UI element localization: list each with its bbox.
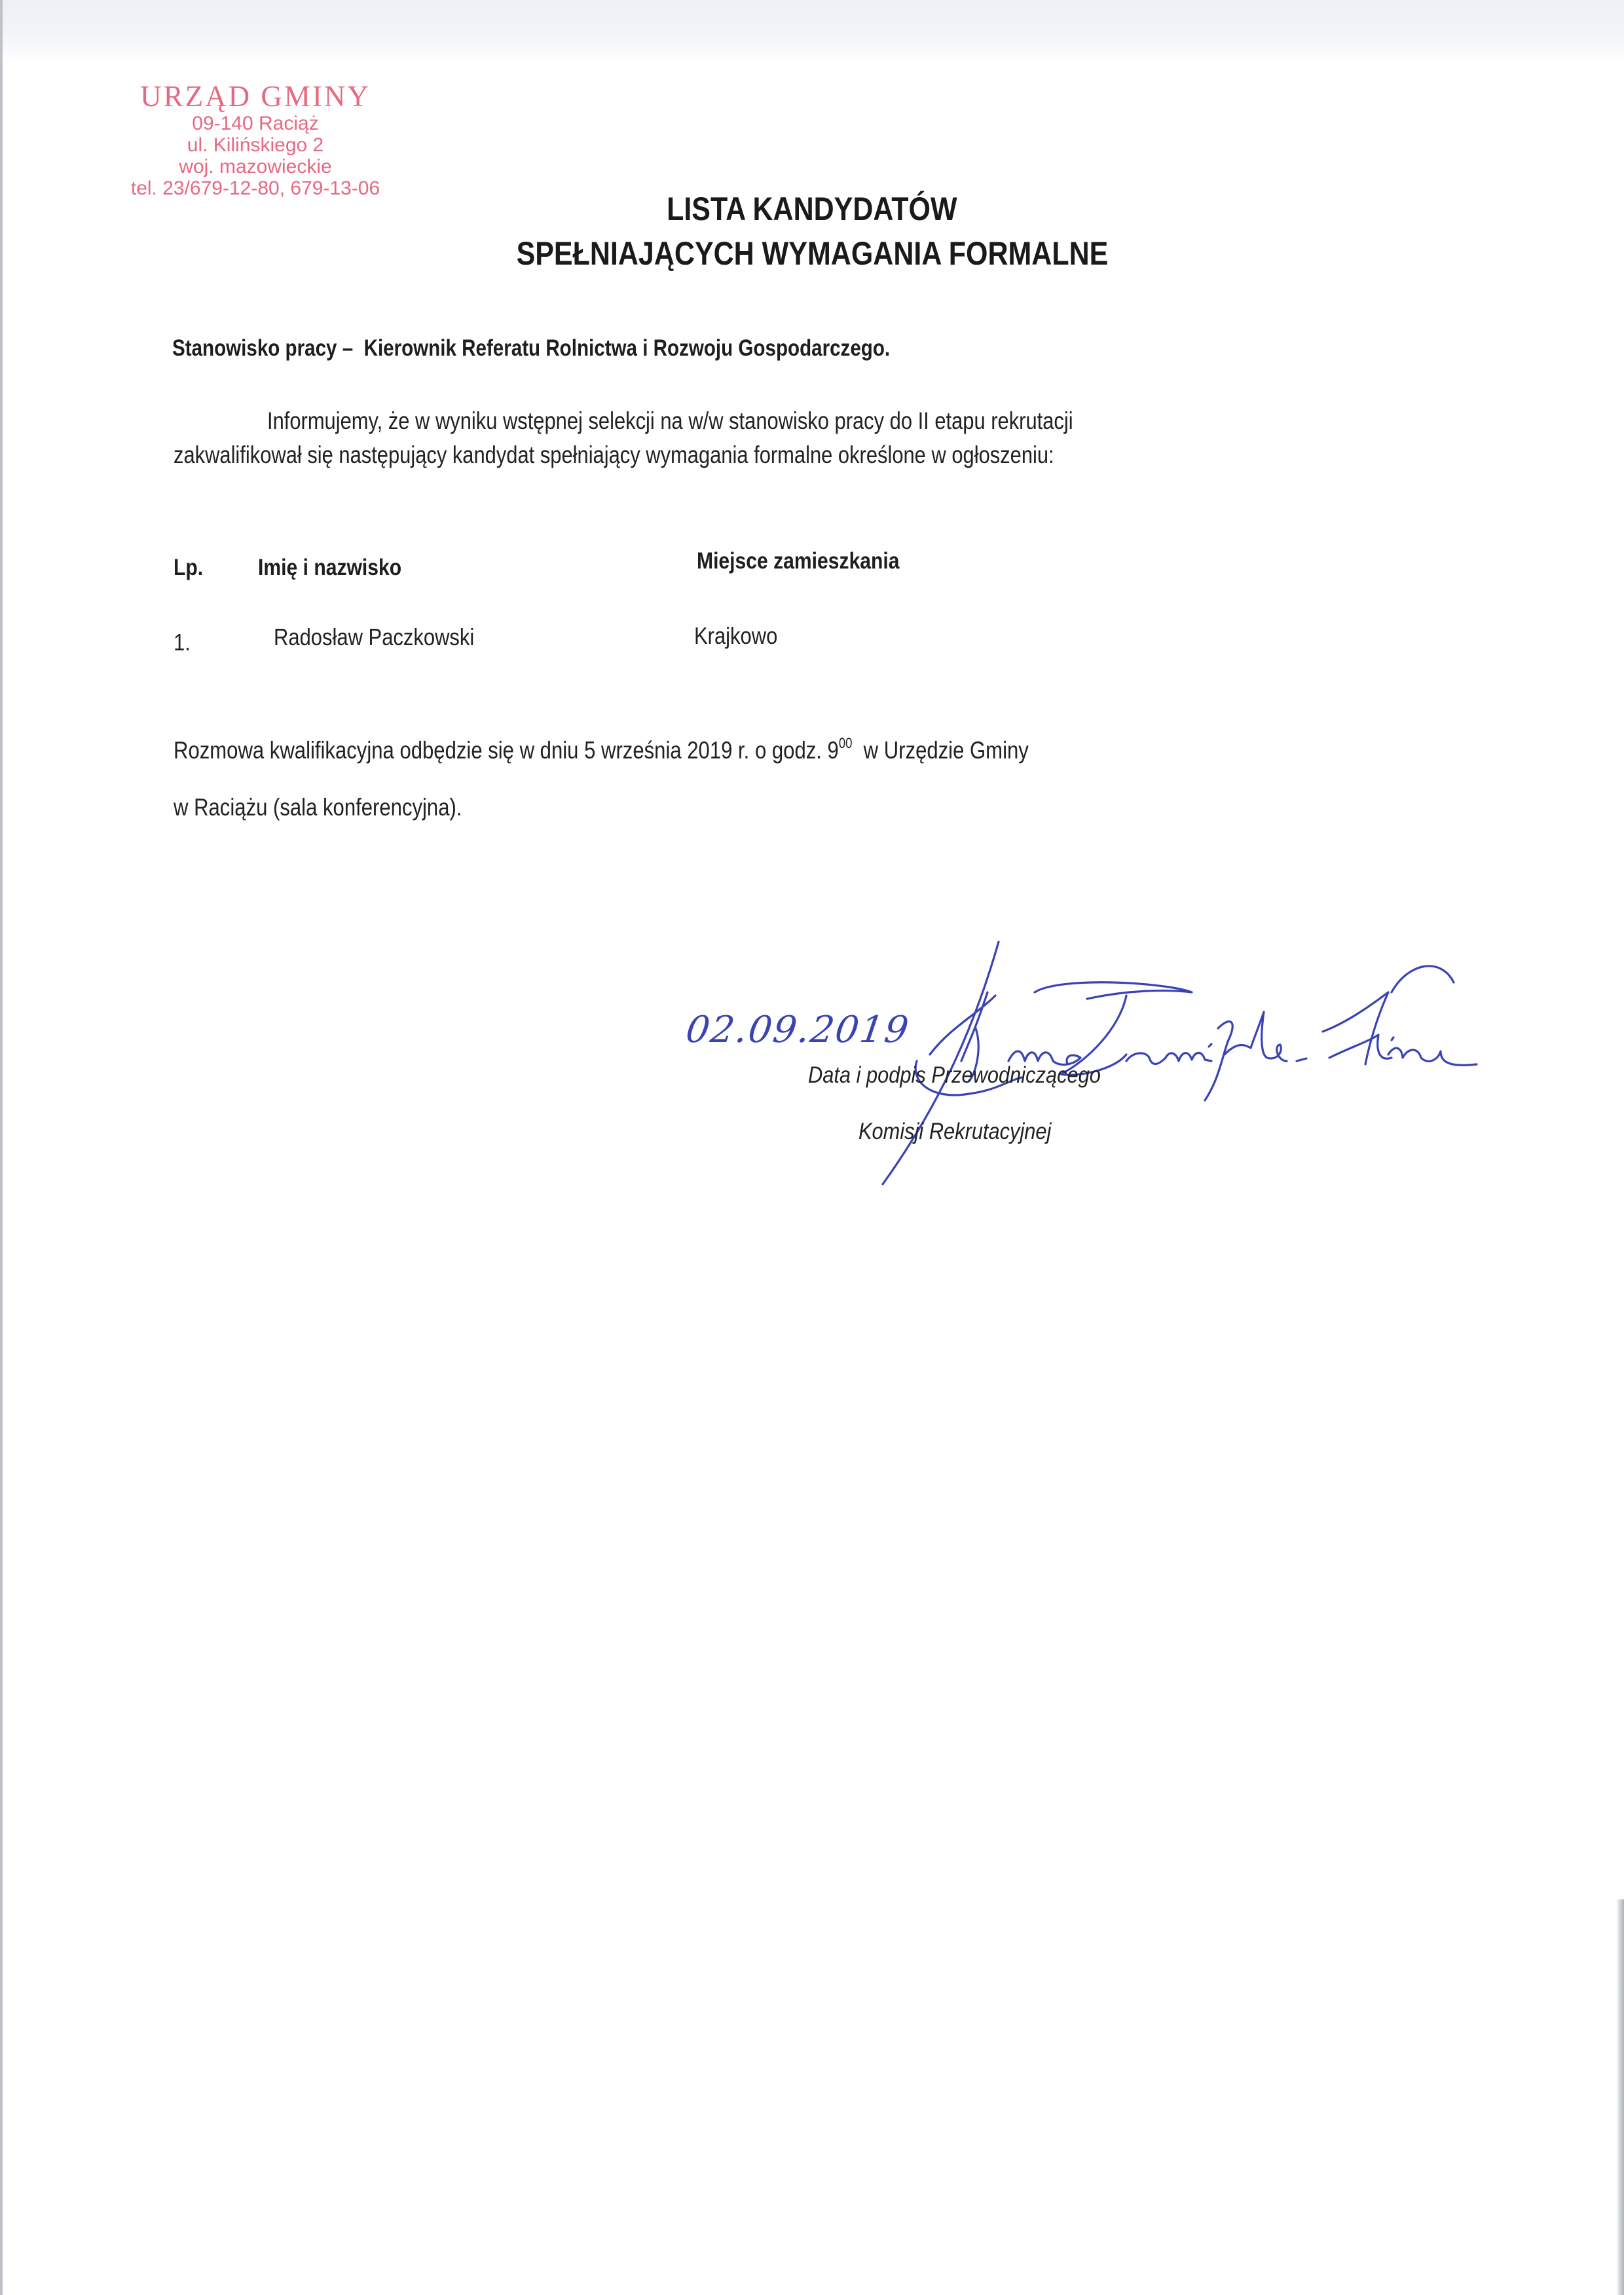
row-name: Radosław Paczkowski	[274, 624, 507, 651]
meeting-info-line1: Rozmowa kwalifikacyjna odbędzie się w dn…	[174, 737, 1192, 764]
office-stamp: URZĄD GMINY 09-140 Raciąż ul. Kilińskieg…	[105, 80, 406, 199]
scan-edge-left	[0, 0, 3, 2295]
row-lp: 1.	[174, 629, 193, 656]
intro-paragraph-line1: Informujemy, że w wyniku wstępnej selekc…	[267, 407, 1232, 435]
signature-caption-line1: Data i podpis Przewodniczącego	[808, 1062, 1141, 1089]
handwritten-signature	[668, 930, 1480, 1192]
stamp-postal-city: 09-140 Raciąż	[105, 113, 406, 134]
stamp-street: ul. Kilińskiego 2	[105, 134, 406, 156]
position-line: Stanowisko pracy – Kierownik Referatu Ro…	[172, 335, 1022, 362]
stamp-voivodeship: woj. mazowieckie	[105, 156, 406, 177]
stamp-title: URZĄD GMINY	[105, 80, 406, 113]
intro-paragraph-line2: zakwalifikował się następujący kandydat …	[174, 441, 1228, 469]
time-minutes: 00	[839, 735, 853, 751]
meeting-info-line2: w Raciążu (sala konferencyjna).	[174, 794, 517, 821]
table-header-residence: Miejsce zamieszkania	[697, 548, 932, 574]
scan-shadow-top	[0, 0, 1624, 62]
position-label: Stanowisko pracy –	[172, 335, 353, 361]
row-residence: Krajkowo	[694, 622, 791, 650]
signature-caption-line2: Komisji Rekrutacyjnej	[858, 1119, 1078, 1145]
table-header-name: Imię i nazwisko	[258, 555, 425, 581]
position-value: Kierownik Referatu Rolnictwa i Rozwoju G…	[364, 335, 891, 361]
table-header-lp: Lp.	[174, 555, 208, 581]
scan-edge-right	[1616, 1899, 1624, 2295]
document-title-line1: LISTA KANDYDATÓW	[0, 190, 1624, 228]
document-title-line2: SPEŁNIAJĄCYCH WYMAGANIA FORMALNE	[0, 234, 1624, 272]
